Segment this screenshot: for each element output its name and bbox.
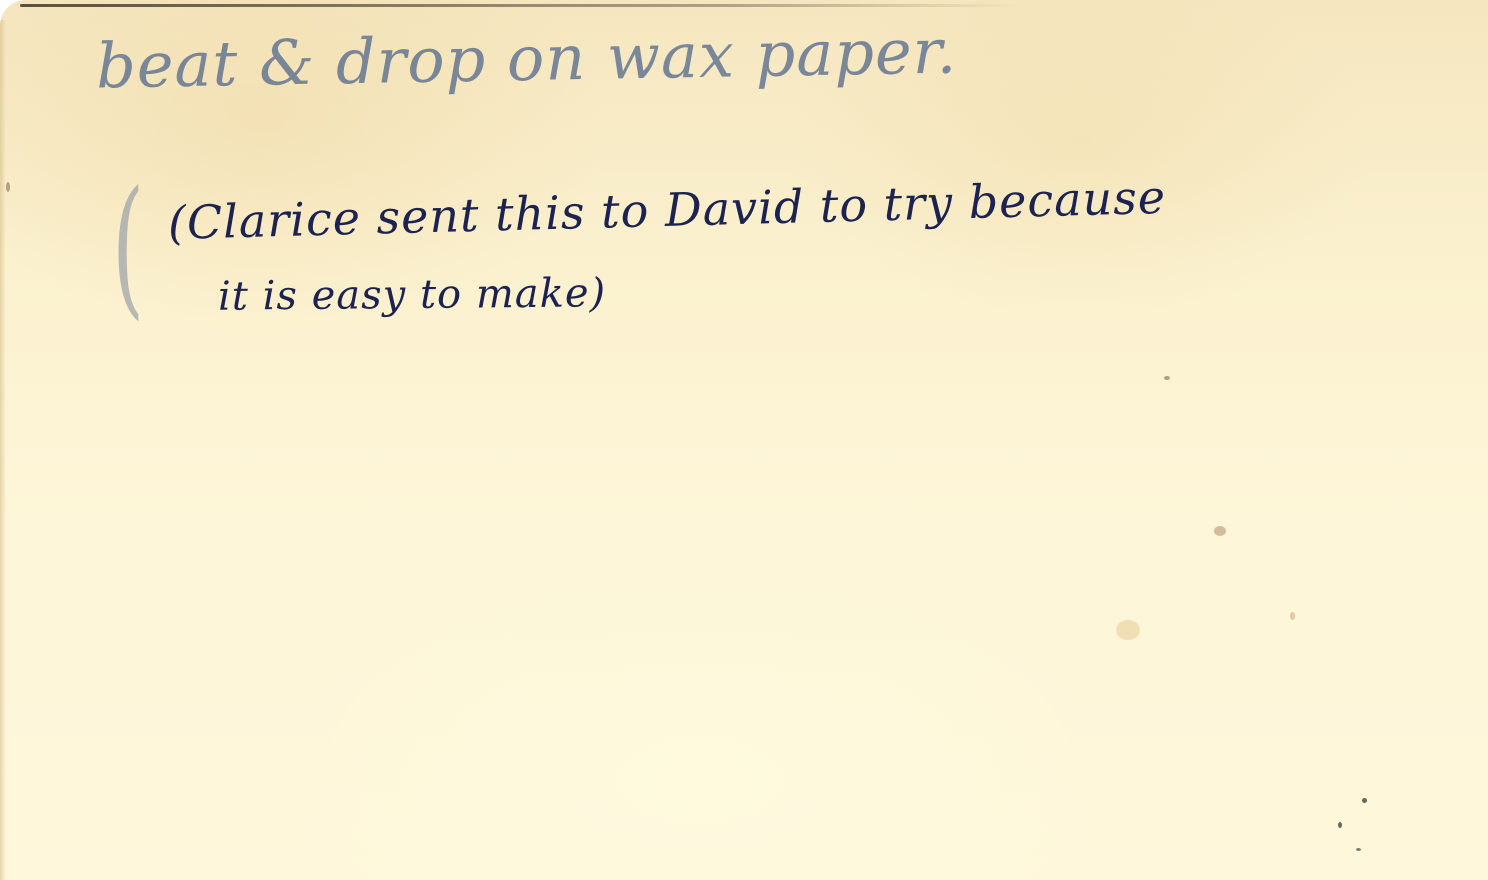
- paper-speck: [6, 182, 10, 192]
- card-top-edge: [20, 4, 1020, 7]
- recipe-card: beat & drop on wax paper. ( (Clarice sen…: [0, 0, 1488, 880]
- open-parenthesis-mark: (: [112, 160, 144, 334]
- card-left-edge: [0, 20, 6, 880]
- paper-speck: [1356, 848, 1361, 851]
- handwritten-line-3: it is easy to make): [218, 270, 607, 319]
- handwritten-line-1: beat & drop on wax paper.: [95, 14, 957, 102]
- paper-speck: [1164, 376, 1170, 380]
- handwritten-line-2: (Clarice sent this to David to try becau…: [167, 170, 1166, 250]
- paper-speck: [1362, 798, 1367, 803]
- paper-stain: [1290, 612, 1295, 620]
- paper-stain: [1214, 526, 1226, 536]
- paper-speck: [1338, 822, 1342, 828]
- paper-stain: [1116, 620, 1140, 640]
